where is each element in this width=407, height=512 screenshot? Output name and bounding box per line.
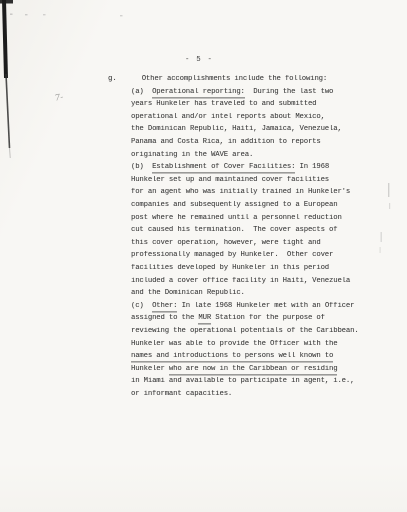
- document-line: years Hunkeler has traveled to and submi…: [131, 100, 316, 108]
- text-segment: names and introductions to persons well …: [131, 352, 333, 362]
- document-line: for an agent who was initially trained i…: [131, 188, 350, 196]
- document-line: cut caused his termination. The cover as…: [131, 226, 337, 234]
- page-number: - 5 -: [185, 56, 213, 64]
- document-line: and the Dominican Republic.: [131, 289, 245, 297]
- text-segment: assigned to the: [131, 314, 198, 322]
- document-line: operational and/or intel reports about M…: [131, 113, 325, 121]
- document-line: this cover operation, however, were tigh…: [131, 239, 321, 247]
- document-line: facilities developed by Hunkeler in this…: [131, 264, 329, 272]
- document-line: the Dominican Republic, Haiti, Jamaica, …: [131, 125, 342, 133]
- text-block: - 5 - g. Other accomplishments include t…: [0, 0, 407, 512]
- text-segment: Hunkeler: [131, 365, 169, 373]
- document-line: Panama and Costa Rica, in addition to re…: [131, 138, 321, 146]
- document-line: Hunkeler set up and maintained cover fac…: [131, 176, 329, 184]
- text-segment: In late 1968 Hunkeler met with an Office…: [177, 302, 354, 310]
- text-segment: During the last two: [245, 88, 333, 96]
- text-segment: this cover operation, however, were tigh…: [131, 239, 321, 247]
- text-segment: Hunkeler set up and maintained cover fac…: [131, 176, 329, 184]
- text-segment: (c): [131, 302, 152, 310]
- document-line: in Miami and available to participate in…: [131, 377, 354, 385]
- text-segment: (a): [131, 88, 152, 96]
- text-segment: and the Dominican Republic.: [131, 289, 245, 297]
- text-segment: the Dominican Republic, Haiti, Jamaica, …: [131, 125, 342, 133]
- text-segment: years Hunkeler has traveled to and submi…: [131, 100, 316, 108]
- document-page: 7- - 5 - g. Other accomplishments includ…: [0, 0, 407, 512]
- text-segment: or informant capacities.: [131, 390, 232, 398]
- text-segment: (b): [131, 163, 152, 171]
- document-line: g. Other accomplishments include the fol…: [108, 75, 327, 83]
- text-segment: included a cover office facility in Hait…: [131, 277, 350, 285]
- text-segment: operational and/or intel reports about M…: [131, 113, 325, 121]
- document-line: included a cover office facility in Hait…: [131, 277, 350, 285]
- document-line: post where he remained until a personnel…: [131, 214, 342, 222]
- text-segment: for an agent who was initially trained i…: [131, 188, 350, 196]
- text-segment: post where he remained until a personnel…: [131, 214, 342, 222]
- text-segment: who are now in the Caribbean or residing: [169, 365, 338, 375]
- text-segment: facilities developed by Hunkeler in this…: [131, 264, 329, 272]
- document-line: Hunkeler who are now in the Caribbean or…: [131, 365, 337, 373]
- text-segment: in Miami and available to participate in…: [131, 377, 354, 385]
- text-segment: companies and subsequently assigned to a…: [131, 201, 337, 209]
- document-line: (a) Operational reporting: During the la…: [131, 88, 333, 96]
- document-line: reviewing the operational potentials of …: [131, 327, 359, 335]
- text-segment: In 1968: [295, 163, 329, 171]
- text-segment: g. Other accomplishments include the fol…: [108, 75, 327, 83]
- text-segment: reviewing the operational potentials of …: [131, 327, 359, 335]
- text-segment: Establishment of Cover Facilities:: [152, 163, 295, 173]
- text-segment: MUR: [198, 314, 211, 324]
- document-line: companies and subsequently assigned to a…: [131, 201, 337, 209]
- document-line: professionally managed by Hunkeler. Othe…: [131, 251, 333, 259]
- text-segment: Other:: [152, 302, 177, 312]
- text-segment: Operational reporting:: [152, 88, 245, 98]
- text-segment: Panama and Costa Rica, in addition to re…: [131, 138, 321, 146]
- document-line: assigned to the MUR Station for the purp…: [131, 314, 325, 322]
- text-segment: professionally managed by Hunkeler. Othe…: [131, 251, 333, 259]
- document-line: or informant capacities.: [131, 390, 232, 398]
- document-line: names and introductions to persons well …: [131, 352, 333, 360]
- document-line: originating in the WAVE area.: [131, 151, 253, 159]
- document-line: Hunkeler was able to provide the Officer…: [131, 340, 337, 348]
- document-line: (c) Other: In late 1968 Hunkeler met wit…: [131, 302, 354, 310]
- text-segment: cut caused his termination. The cover as…: [131, 226, 337, 234]
- text-segment: originating in the WAVE area.: [131, 151, 253, 159]
- document-line: (b) Establishment of Cover Facilities: I…: [131, 163, 329, 171]
- text-segment: Station for the purpose of: [211, 314, 325, 322]
- text-segment: Hunkeler was able to provide the Officer…: [131, 340, 337, 348]
